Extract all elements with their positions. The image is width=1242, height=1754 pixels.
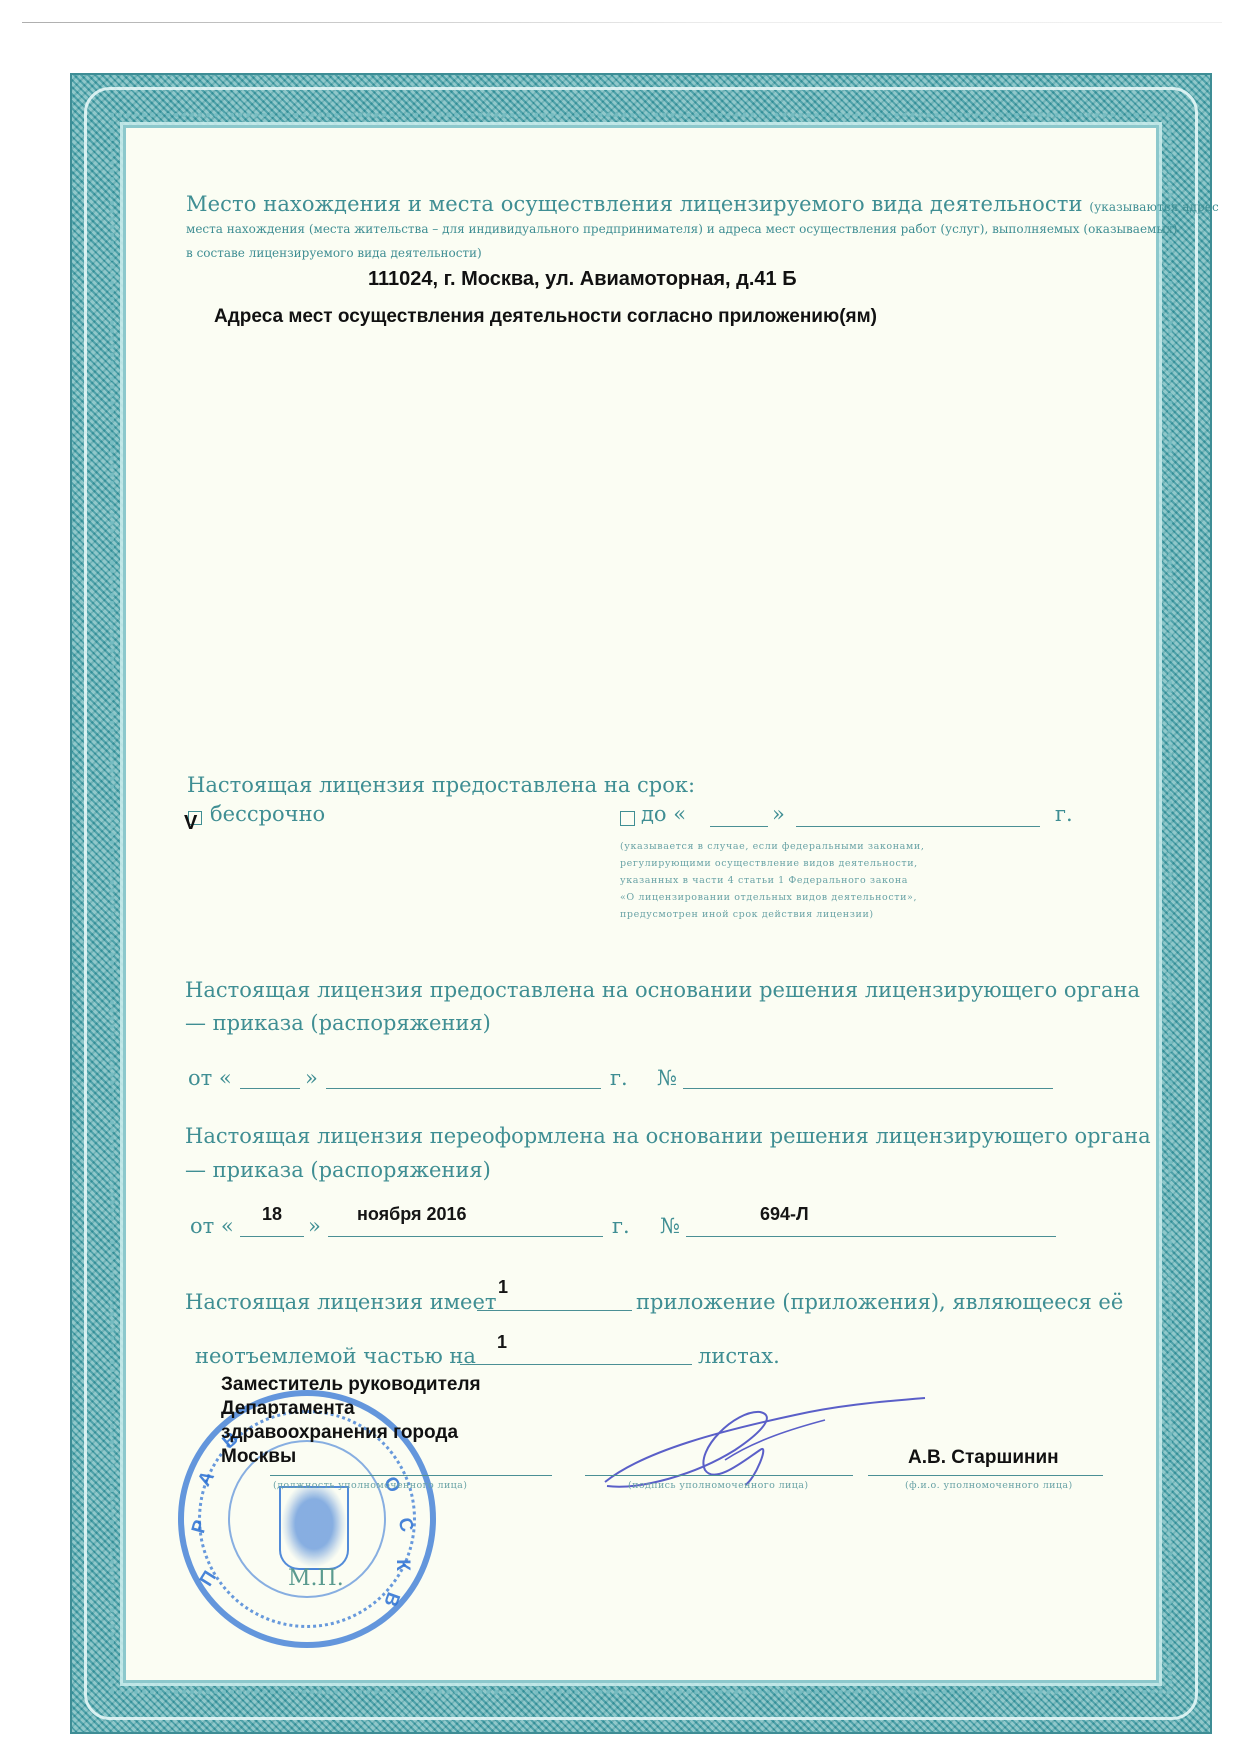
term-until-label: до «: [641, 802, 686, 826]
reissued-day-field[interactable]: [240, 1236, 304, 1237]
location-heading-note: (указываются адрес: [1089, 200, 1218, 214]
term-date-field[interactable]: [796, 826, 1040, 827]
stamp-letter: П: [196, 1567, 222, 1590]
stamp-letter: А: [194, 1468, 220, 1491]
moscow-coat-of-arms-icon: [279, 1486, 349, 1570]
appendix-sheets-value: 1: [497, 1332, 507, 1353]
appendix-text-before: Настоящая лицензия имеет: [185, 1290, 497, 1314]
appendix-sheets-before: неотъемлемой частью на: [195, 1344, 476, 1368]
term-unlimited-label: бессрочно: [210, 802, 325, 826]
granted-year-suffix: г.: [610, 1066, 628, 1090]
location-heading-title: Место нахождения и места осуществления л…: [186, 192, 1083, 216]
granted-number-label: №: [657, 1066, 677, 1090]
location-subtitle-2: в составе лицензируемого вида деятельнос…: [186, 246, 482, 260]
granted-text-1: Настоящая лицензия предоставлена на осно…: [185, 978, 1140, 1002]
signer-position-line: Москвы: [221, 1445, 481, 1469]
signer-position-line: здравоохранения города: [221, 1421, 481, 1445]
term-note-line: (указывается в случае, если федеральными…: [620, 838, 924, 855]
reissued-number-label: №: [660, 1214, 680, 1238]
term-year-suffix: г.: [1055, 802, 1073, 826]
term-heading: Настоящая лицензия предоставлена на срок…: [187, 773, 695, 797]
location-heading: Место нахождения и места осуществления л…: [186, 192, 1219, 216]
signer-position: Заместитель руководителя Департамента зд…: [221, 1373, 481, 1469]
check-mark: V: [184, 812, 197, 835]
appendix-count-value: 1: [498, 1277, 508, 1298]
reissued-close-quote: »: [308, 1214, 321, 1238]
stamp-letter: В: [378, 1589, 403, 1609]
term-note-line: предусмотрен иной срок действия лицензии…: [620, 906, 924, 923]
stamp-letter: К: [391, 1559, 413, 1571]
reissued-date-field[interactable]: [328, 1236, 603, 1237]
license-address: 111024, г. Москва, ул. Авиамоторная, д.4…: [368, 268, 797, 291]
granted-day-field[interactable]: [240, 1088, 300, 1089]
signer-name: А.В. Старшинин: [908, 1447, 1059, 1469]
name-caption: (ф.и.о. уполномоченного лица): [905, 1480, 1073, 1491]
signer-position-line: Заместитель руководителя: [221, 1373, 481, 1397]
appendix-count-field[interactable]: [477, 1310, 632, 1311]
appendix-sheets-after: листах.: [698, 1344, 780, 1368]
signature-caption: (подпись уполномоченного лица): [628, 1480, 808, 1491]
granted-close-quote: »: [305, 1066, 318, 1090]
term-note: (указывается в случае, если федеральными…: [620, 838, 924, 923]
reissued-year-suffix: г.: [612, 1214, 630, 1238]
stamp-place-label: М.П.: [288, 1566, 344, 1591]
signer-position-line: Департамента: [221, 1397, 481, 1421]
signature-line: [585, 1475, 853, 1476]
granted-date-field[interactable]: [326, 1088, 601, 1089]
location-subtitle-1: места нахождения (места жительства – для…: [186, 222, 1177, 236]
appendix-sheets-field[interactable]: [460, 1364, 692, 1365]
granted-number-field[interactable]: [683, 1088, 1053, 1089]
reissued-text-1: Настоящая лицензия переоформлена на осно…: [185, 1124, 1151, 1148]
reissued-from-label: от «: [190, 1214, 234, 1238]
reissued-number-field[interactable]: [686, 1236, 1056, 1237]
term-note-line: указанных в части 4 статьи 1 Федеральног…: [620, 872, 924, 889]
granted-text-2: — приказа (распоряжения): [185, 1011, 491, 1035]
stamp-letter: Р: [188, 1518, 213, 1536]
addresses-appendix-note: Адреса мест осуществления деятельности с…: [214, 306, 877, 328]
granted-from-label: от «: [188, 1066, 232, 1090]
reissued-text-2: — приказа (распоряжения): [185, 1158, 491, 1182]
term-close-quote: »: [772, 802, 785, 826]
reissued-date-value: ноября 2016: [357, 1204, 467, 1225]
scan-edge-line: [22, 22, 1222, 23]
reissued-number-value: 694-Л: [760, 1204, 809, 1225]
term-note-line: регулирующими осуществление видов деятел…: [620, 855, 924, 872]
term-day-field[interactable]: [710, 826, 768, 827]
reissued-day-value: 18: [262, 1204, 282, 1225]
appendix-text-after: приложение (приложения), являющееся её: [636, 1290, 1123, 1314]
term-note-line: «О лицензировании отдельных видов деятел…: [620, 889, 924, 906]
stamp-letter: С: [392, 1516, 417, 1535]
position-line: [270, 1475, 552, 1476]
position-caption: (должность уполномоченного лица): [273, 1480, 467, 1491]
name-line: [868, 1475, 1103, 1476]
checkbox-until[interactable]: [620, 811, 635, 826]
